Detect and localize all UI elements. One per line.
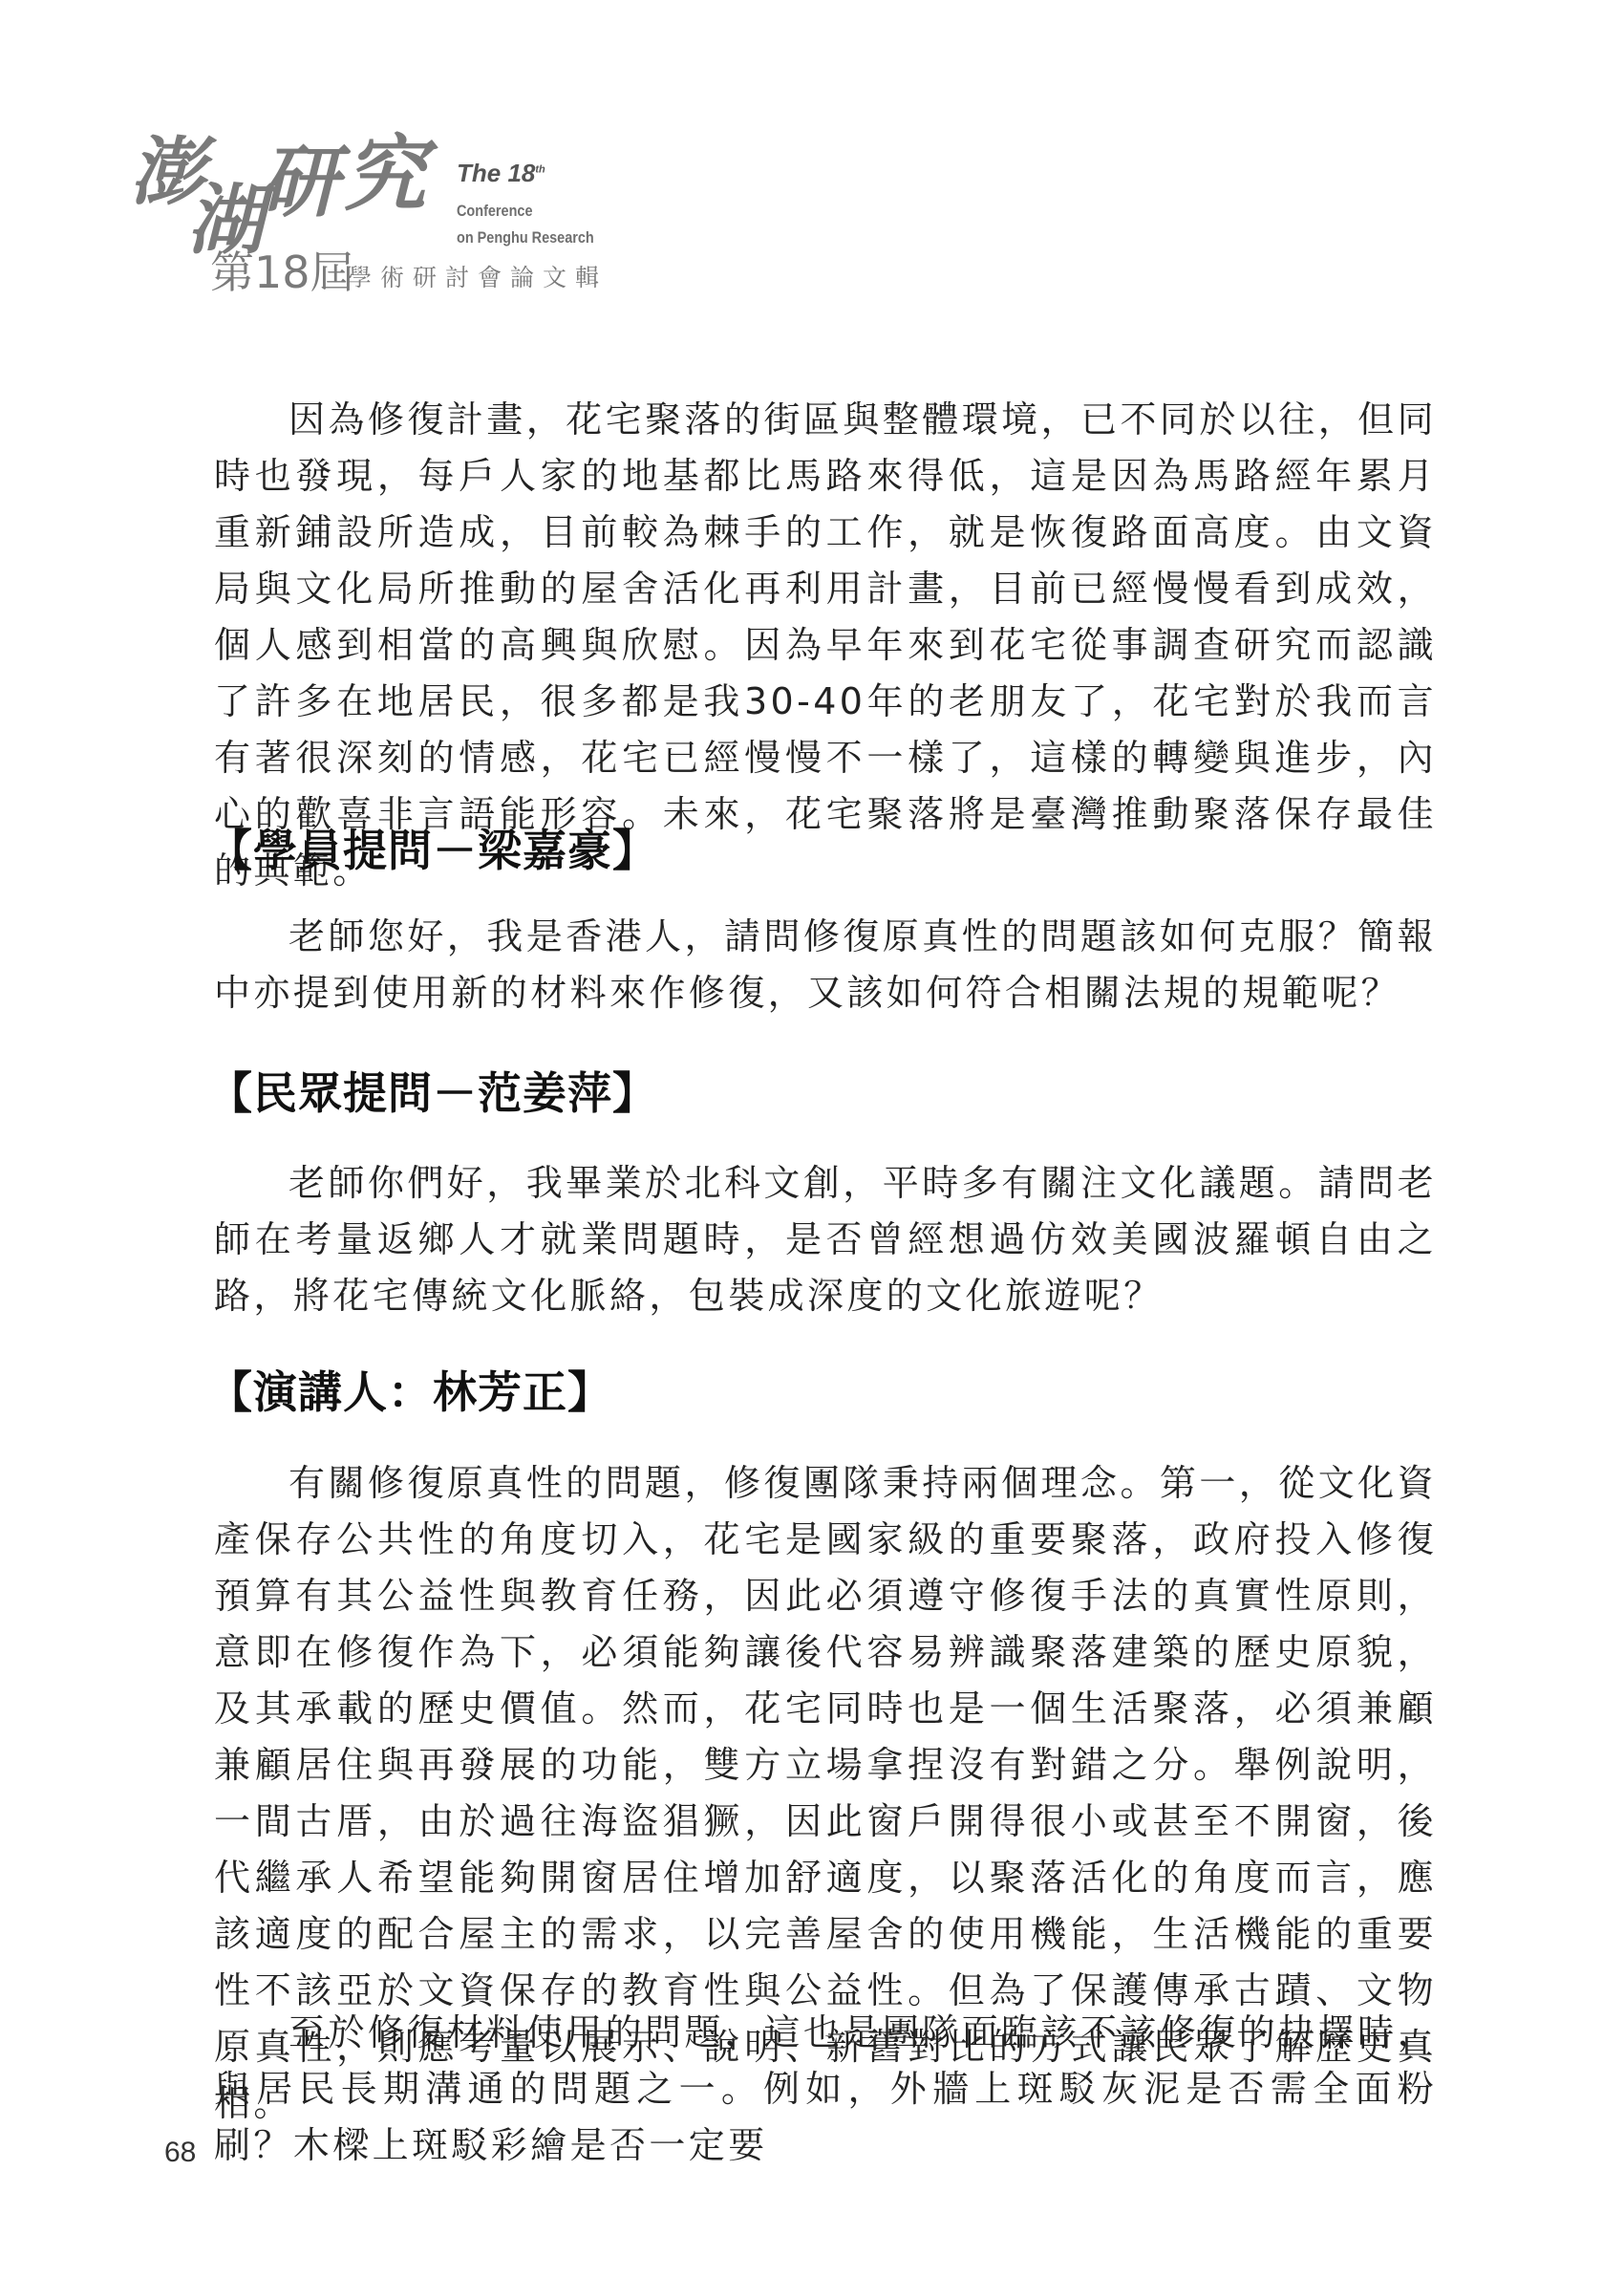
section-heading: 【民眾提問－范姜萍】 — [208, 1064, 1437, 1122]
logo-char-4: 究 — [344, 134, 426, 216]
section-heading-block-3: 【演講人：林芳正】 — [214, 1364, 1437, 1421]
body-paragraph: 老師您好，我是香港人，請問修復原真性的問題該如何克服？簡報中亦提到使用新的材料來… — [214, 909, 1437, 1021]
logo-edition: 第18屆 — [210, 250, 354, 294]
logo-english-edition-text: The 18 — [457, 159, 535, 187]
logo-english-penghu: on Penghu Research — [457, 229, 594, 246]
logo-english-edition: The 18th — [457, 161, 545, 185]
logo-english-conference: Conference — [457, 203, 533, 219]
logo-english-sup: th — [535, 163, 545, 175]
section-heading: 【學員提問－梁嘉豪】 — [208, 822, 1437, 879]
page-number: 68 — [164, 2137, 196, 2169]
logo-subtitle: 學術研討會論文輯 — [348, 266, 608, 290]
paragraph-block-3: 老師你們好，我畢業於北科文創，平時多有關注文化議題。請問老師在考量返鄉人才就業問… — [214, 1155, 1437, 1324]
paragraph-block-5: 至於修復材料使用的問題，這也是團隊面臨該不該修復的抉擇時，與居民長期溝通的問題之… — [214, 2005, 1437, 2174]
conference-logo: 澎 湖 研 究 The 18th Conference on Penghu Re… — [0, 0, 669, 315]
body-paragraph: 至於修復材料使用的問題，這也是團隊面臨該不該修復的抉擇時，與居民長期溝通的問題之… — [214, 2005, 1437, 2174]
paragraph-block-2: 老師您好，我是香港人，請問修復原真性的問題該如何克服？簡報中亦提到使用新的材料來… — [214, 909, 1437, 1021]
logo-char-3: 研 — [260, 143, 338, 222]
section-heading-block-2: 【民眾提問－范姜萍】 — [214, 1064, 1437, 1122]
section-heading: 【演講人：林芳正】 — [208, 1364, 1437, 1421]
section-heading-block-1: 【學員提問－梁嘉豪】 — [214, 822, 1437, 879]
body-paragraph: 老師你們好，我畢業於北科文創，平時多有關注文化議題。請問老師在考量返鄉人才就業問… — [214, 1155, 1437, 1324]
